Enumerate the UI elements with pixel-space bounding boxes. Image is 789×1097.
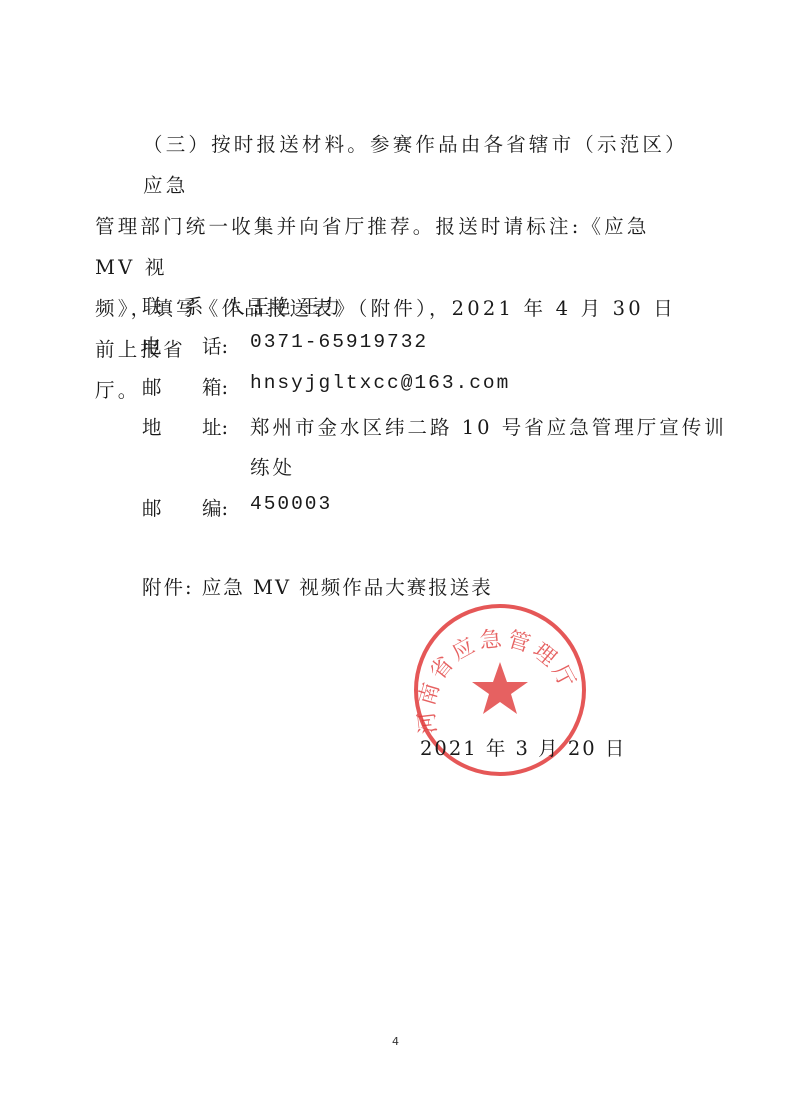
address-label-b: 址:	[202, 412, 228, 440]
paragraph-line: 管理部门统一收集并向省厅推荐。报送时请标注:《应急 MV 视	[95, 206, 695, 288]
phone-label-b: 话:	[202, 331, 228, 359]
address-value-line2: 练处	[250, 452, 295, 480]
postcode-label-b: 编:	[202, 493, 228, 521]
contact-person-label: 联 系 人:	[142, 291, 267, 319]
document-page: （三）按时报送材料。参赛作品由各省辖市（示范区）应急 管理部门统一收集并向省厅推…	[0, 0, 789, 1097]
address-label-a: 地	[142, 412, 202, 440]
contact-person-value: 王艳 王力	[250, 291, 342, 319]
email-label-b: 箱:	[202, 372, 228, 400]
page-number: 4	[392, 1035, 399, 1048]
attachment-line: 附件: 应急 MV 视频作品大赛报送表	[142, 572, 493, 600]
document-date: 2021 年 3 月 20 日	[420, 733, 626, 761]
address-label: 地址:	[142, 412, 228, 440]
email-value: hnsyjgltxcc@163.com	[250, 372, 510, 394]
phone-label: 电话:	[142, 331, 228, 359]
attachment-value: 应急 MV 视频作品大赛报送表	[202, 576, 493, 599]
email-label: 邮箱:	[142, 372, 228, 400]
address-value-line1: 郑州市金水区纬二路 10 号省应急管理厅宣传训	[250, 412, 727, 440]
postcode-label: 邮编:	[142, 493, 228, 521]
phone-label-a: 电	[142, 331, 202, 359]
postcode-label-a: 邮	[142, 493, 202, 521]
attachment-label: 附件:	[142, 576, 194, 599]
postcode-value: 450003	[250, 493, 332, 515]
phone-value: 0371-65919732	[250, 331, 428, 353]
email-label-a: 邮	[142, 372, 202, 400]
paragraph-line: （三）按时报送材料。参赛作品由各省辖市（示范区）应急	[95, 124, 695, 206]
section-paragraph: （三）按时报送材料。参赛作品由各省辖市（示范区）应急 管理部门统一收集并向省厅推…	[95, 124, 695, 411]
